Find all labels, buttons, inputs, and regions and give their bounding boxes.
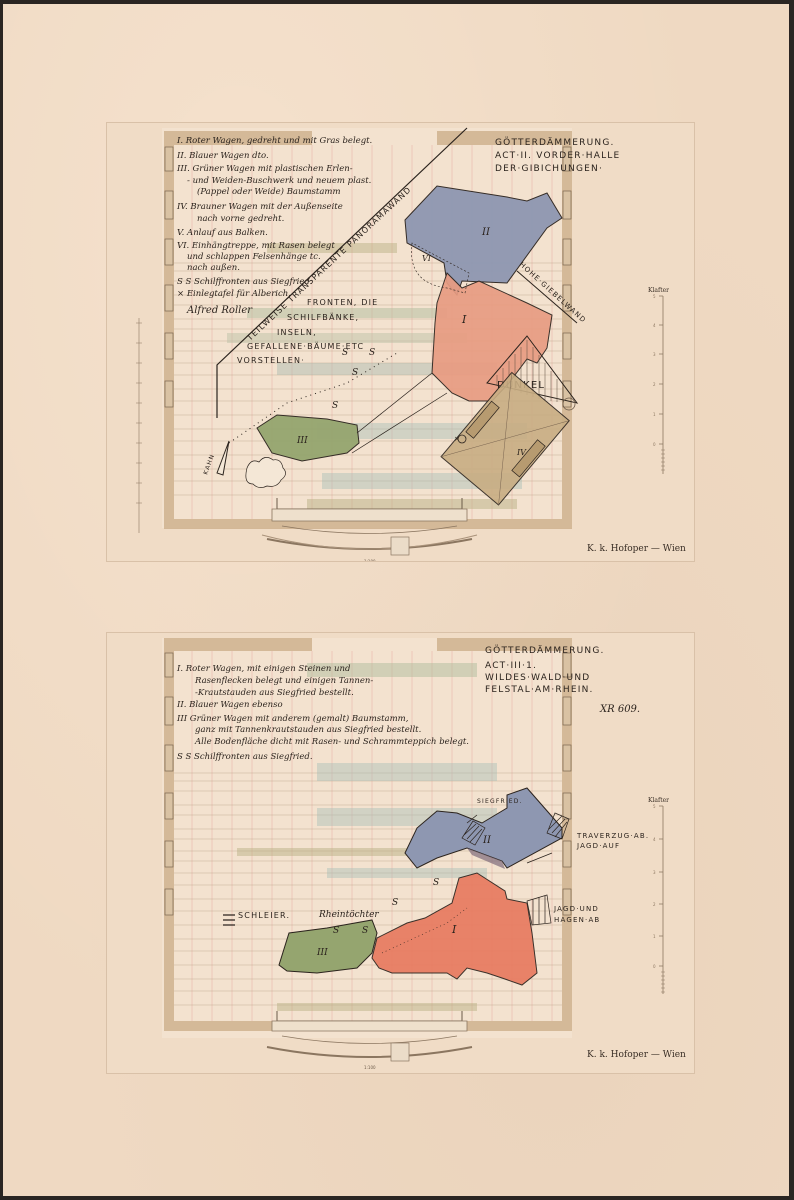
svg-text:S: S [369, 348, 375, 358]
siegfried-label: SIEGFRIED. [477, 798, 523, 805]
svg-text:S: S [333, 926, 339, 936]
svg-text:5: 5 [653, 804, 656, 809]
wagon-i-label: I [461, 313, 467, 326]
scale-bar-2: Klafter 54 32 10 [643, 794, 683, 1004]
stage-plan-act-2: TEILWEISE TRANSPARENTE PANORAMAWAND II I… [106, 122, 695, 562]
veil-label: SCHLEIER. [238, 911, 290, 920]
funeral-procession-label: TRAVERZUG·AB. [576, 832, 649, 840]
svg-text:4: 4 [653, 837, 656, 842]
wagon-ii-label: II [482, 835, 492, 846]
stage-plan-act-3: II I III SIEGFRIED. TRAVERZUG·AB. JAGD·A… [106, 632, 695, 1074]
svg-text:2: 2 [653, 902, 656, 907]
wagon-iv-label: IV [516, 448, 527, 457]
svg-text:INSELN,: INSELN, [277, 328, 317, 337]
svg-text:4: 4 [653, 323, 656, 328]
svg-text:2: 2 [653, 382, 656, 387]
scale-bar-1: Klafter 54 32 10 [643, 284, 683, 494]
svg-text:Rasenflecken belegt und einige: Rasenflecken belegt und einigen Tannen- [194, 676, 373, 686]
wagon-ii-label: II [481, 227, 491, 238]
svg-text:1:100: 1:100 [364, 559, 376, 561]
hagen-exit-label: HAGEN·AB [554, 916, 600, 924]
scene-title: DER·GIBICHUNGEN· [495, 164, 603, 174]
svg-text:ganz mit Tannenkrautstauden au: ganz mit Tannenkrautstauden aus Siegfrie… [195, 725, 421, 735]
svg-text:S: S [352, 368, 358, 378]
plate-number: XR 609. [599, 704, 640, 715]
wagon-iii-label: III [316, 948, 328, 958]
svg-text:VI. Einhängtreppe, mit Rasen b: VI. Einhängtreppe, mit Rasen belegt [177, 241, 335, 251]
mounting-board: TEILWEISE TRANSPARENTE PANORAMAWAND II I… [3, 4, 789, 1196]
svg-text:0: 0 [653, 964, 656, 969]
svg-text:S: S [433, 878, 439, 888]
svg-text:I. Roter Wagen, mit einigen St: I. Roter Wagen, mit einigen Steinen und [176, 664, 351, 674]
svg-text:S: S [332, 401, 338, 411]
svg-text:3: 3 [653, 352, 656, 357]
svg-text:Klafter: Klafter [648, 287, 669, 294]
hunt-up-label: JAGD·AUF [576, 842, 620, 850]
hunt-and-label: JAGD·UND [553, 905, 599, 913]
svg-text:S: S [362, 926, 368, 936]
svg-text:1: 1 [653, 412, 656, 417]
svg-text:5: 5 [653, 294, 656, 299]
opera-title: GÖTTERDÄMMERUNG. [485, 645, 605, 656]
svg-text:VORSTELLEN·: VORSTELLEN· [237, 356, 305, 365]
svg-text:1:100: 1:100 [364, 1065, 376, 1070]
svg-text:GEFALLENE·BÄUME·ETC: GEFALLENE·BÄUME·ETC [247, 341, 364, 351]
svg-text:II. Blauer Wagen ebenso: II. Blauer Wagen ebenso [176, 700, 283, 710]
opera-title: GÖTTERDÄMMERUNG. [495, 137, 615, 148]
svg-text:S S Schilffronten aus Siegfri: S S Schilffronten aus Siegfried. [177, 752, 313, 762]
svg-text:3: 3 [653, 870, 656, 875]
scene-title-1: WILDES·WALD·UND [485, 673, 590, 683]
svg-text:III Grüner Wagen mit anderem (: III Grüner Wagen mit anderem (gemalt) Ba… [176, 713, 409, 724]
scene-title-2: FELSTAL·AM·RHEIN. [485, 685, 594, 695]
svg-text:× Einlegtafel für Alberich.: × Einlegtafel für Alberich. [177, 289, 291, 299]
stage-plan-drawing: II I III SIEGFRIED. TRAVERZUG·AB. JAGD·A… [107, 633, 694, 1073]
svg-text:- und Weiden-Buschwerk und neu: - und Weiden-Buschwerk und neuem plast. [187, 176, 371, 186]
rhinemaidens-label: Rheintöchter [318, 910, 379, 920]
wagon-iii-label: III [296, 436, 308, 446]
svg-text:V. Anlauf aus Balken.: V. Anlauf aus Balken. [177, 228, 268, 238]
footer-label: K. k. Hofoper — Wien [587, 1050, 686, 1060]
svg-text:IV. Brauner Wagen mit der Auße: IV. Brauner Wagen mit der Außenseite [176, 202, 343, 212]
stage-plan-drawing: TEILWEISE TRANSPARENTE PANORAMAWAND II I… [107, 123, 694, 561]
svg-text:nach vorne gedreht.: nach vorne gedreht. [197, 214, 284, 224]
act-title: ACT·III·1. [485, 661, 537, 671]
svg-text:S S Schilffronten aus Siegfri: S S Schilffronten aus Siegfried. [177, 277, 313, 287]
wagon-i-label: I [451, 923, 457, 936]
svg-text:Alle Bodenfläche dicht mit Ras: Alle Bodenfläche dicht mit Rasen- und Sc… [194, 737, 469, 747]
svg-text:-Krautstauden aus Siegfried be: -Krautstauden aus Siegfried bestellt. [195, 688, 354, 698]
svg-text:nach außen.: nach außen. [187, 263, 240, 273]
svg-text:S: S [392, 898, 398, 908]
svg-text:1: 1 [653, 934, 656, 939]
svg-text:FRONTEN, DIE: FRONTEN, DIE [307, 298, 378, 307]
footer-label: K. k. Hofoper — Wien [587, 544, 686, 554]
svg-text:I. Roter Wagen, gedreht und mi: I. Roter Wagen, gedreht und mit Gras bel… [176, 136, 372, 146]
svg-text:Klafter: Klafter [648, 797, 669, 804]
svg-text:0: 0 [653, 442, 656, 447]
svg-text:SCHILFBÄNKE,: SCHILFBÄNKE, [287, 312, 359, 322]
wagon-vi-label: VI [422, 254, 432, 263]
svg-text:und schlappen Felsenhänge tc.: und schlappen Felsenhänge tc. [187, 252, 321, 262]
svg-text:II. Blauer Wagen dto.: II. Blauer Wagen dto. [176, 151, 269, 161]
svg-text:III. Grüner Wagen mit plastisc: III. Grüner Wagen mit plastischen Erlen- [176, 164, 353, 174]
act-title: ACT·II. VORDER·HALLE [495, 151, 620, 161]
svg-text:(Pappel oder Weide) Baumstamm: (Pappel oder Weide) Baumstamm [197, 186, 341, 197]
signature: Alfred Roller [186, 305, 253, 316]
